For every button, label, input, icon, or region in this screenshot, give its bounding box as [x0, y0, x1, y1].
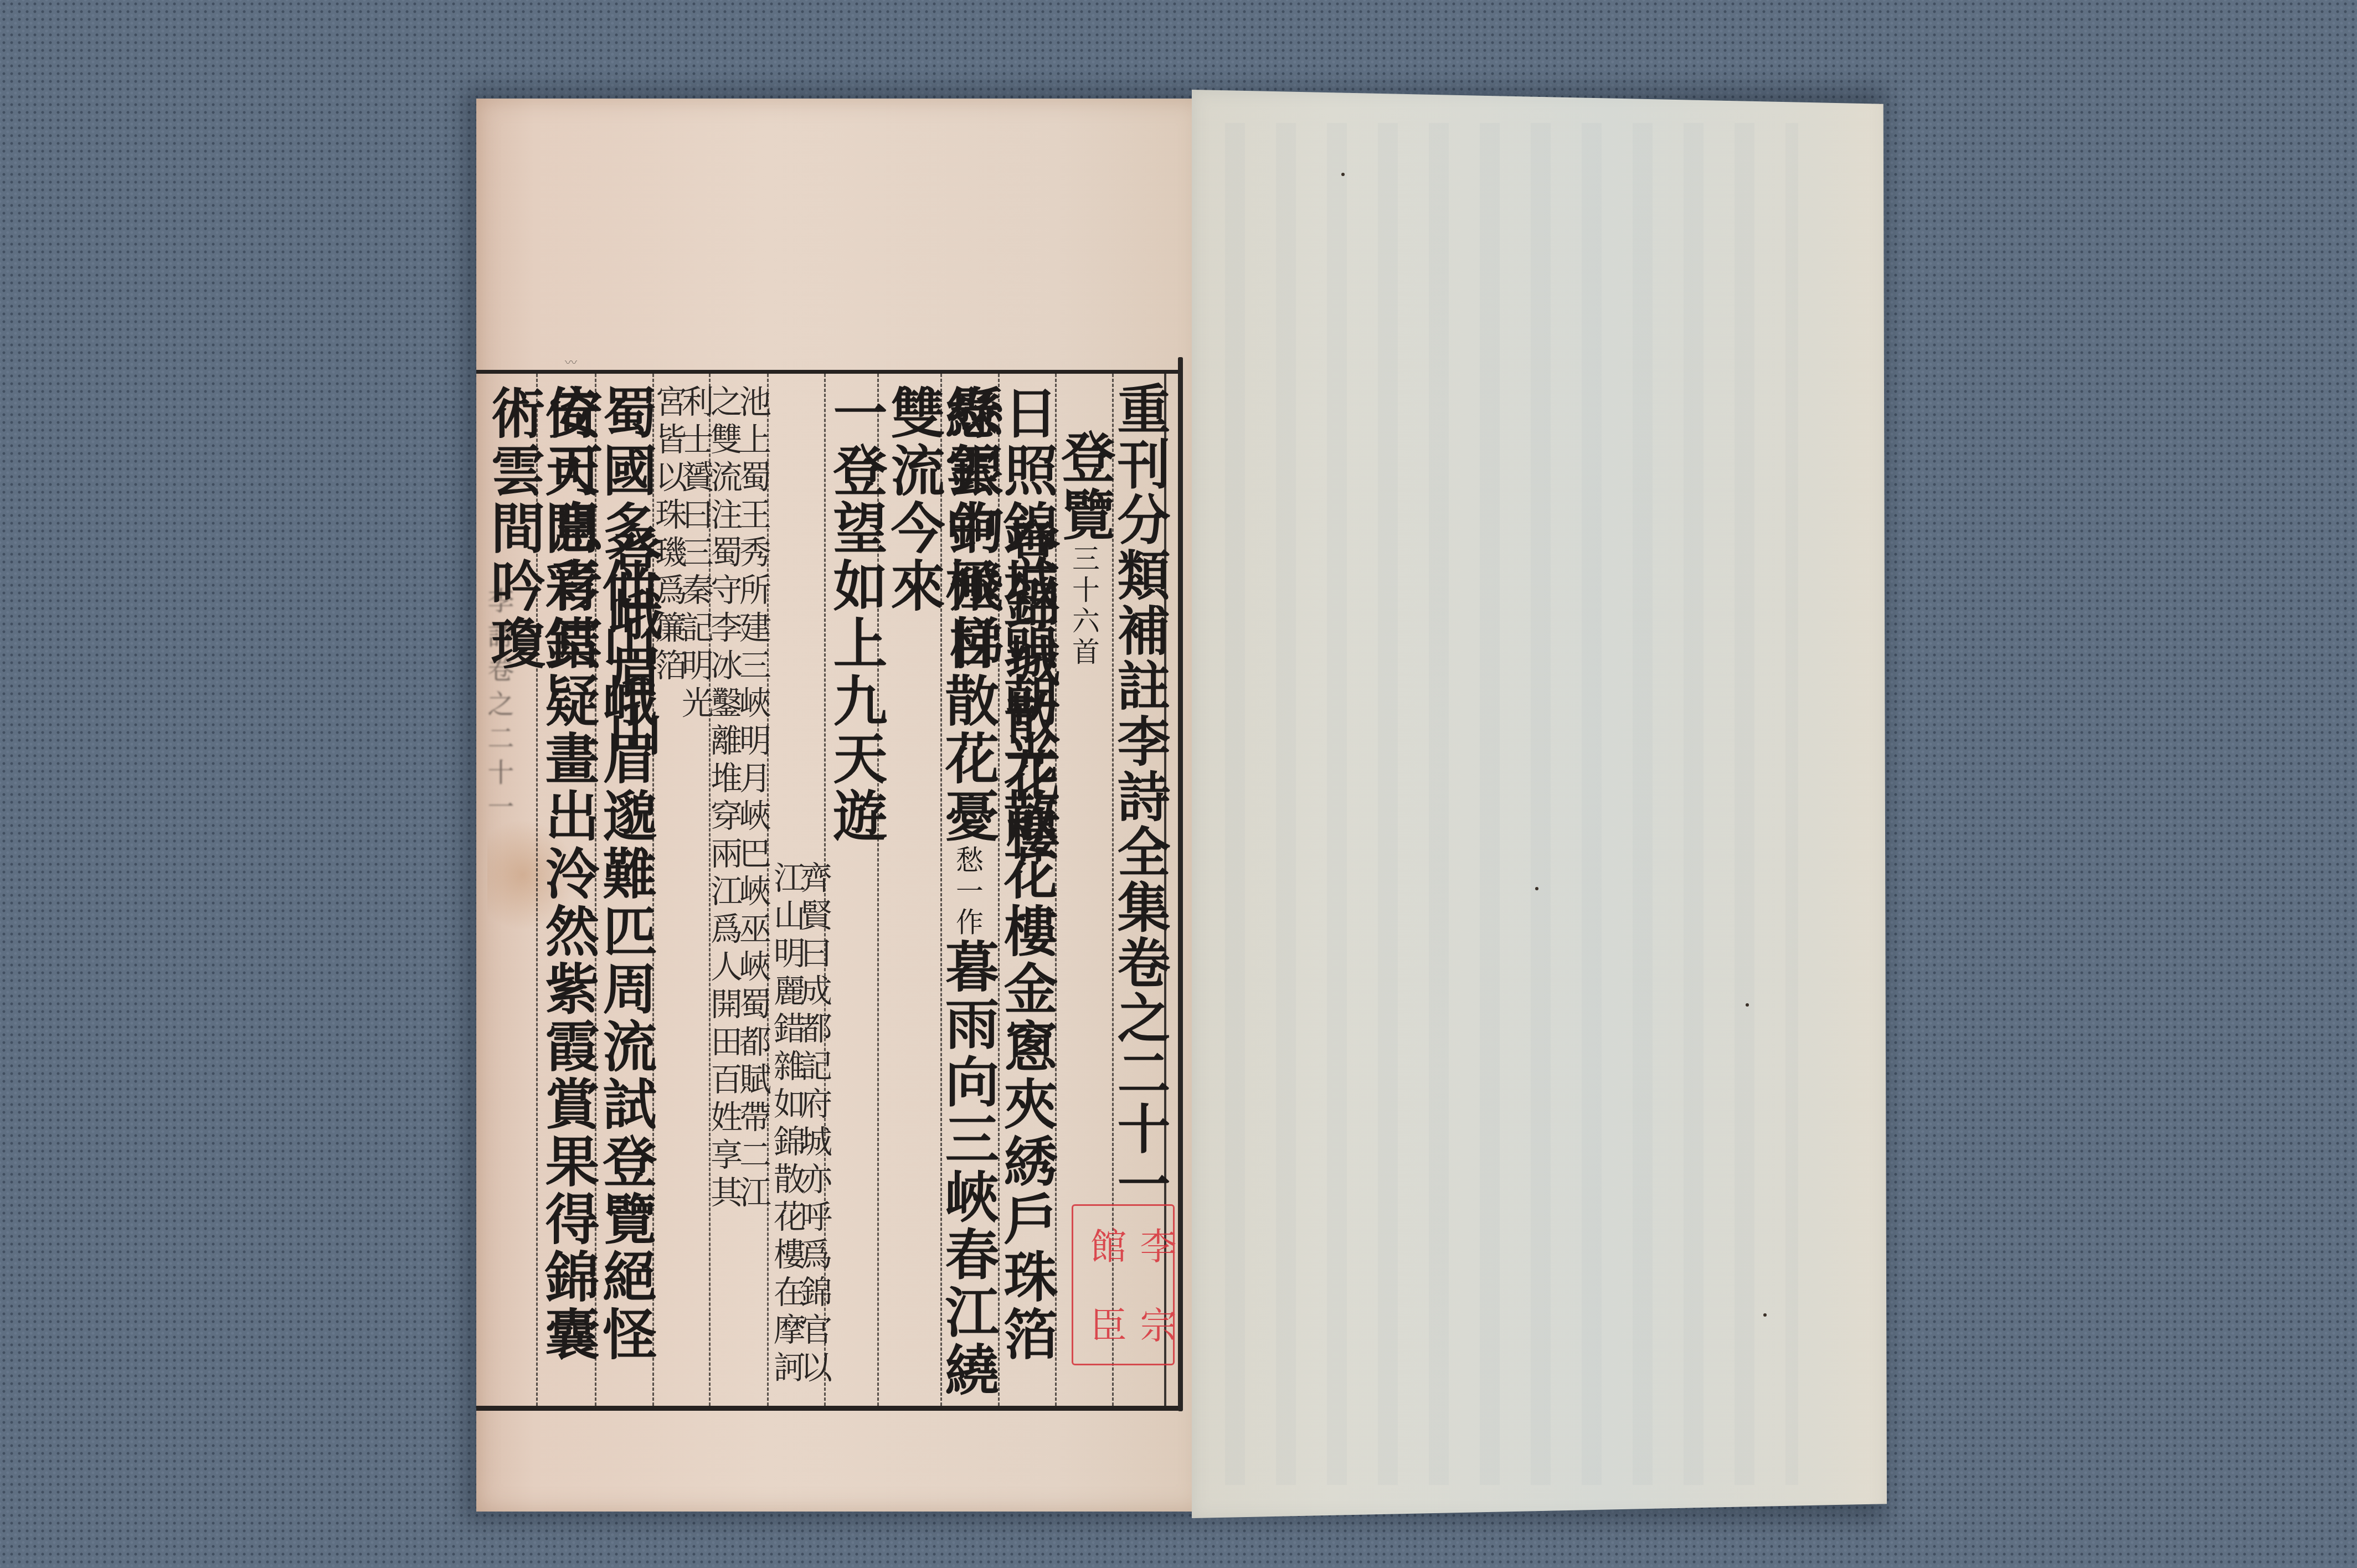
- paper-speck: [1535, 887, 1538, 890]
- seal-char: 臣: [1073, 1306, 1123, 1343]
- section-heading-text: 登覽: [1052, 429, 1116, 544]
- poem-line-text: 綠雲中極目散花憂: [936, 385, 1000, 845]
- poem-line: 綠雲中極目散花憂愁一作暮雨向三峽春江繞雙流今來: [886, 385, 995, 1406]
- seal-char: 宗: [1123, 1306, 1173, 1343]
- section-heading: 登覽三十六首: [1057, 429, 1111, 668]
- poem-line: 倚天開彩錯疑畫出泠然紫霞賞果得錦囊術雲間吟瓊: [486, 385, 595, 1406]
- page-top-mark: 〰: [565, 353, 577, 370]
- variant-note: 愁: [951, 845, 984, 876]
- commentary-line: 江山明麗錯雜如錦散花樓在摩訶: [771, 861, 803, 1388]
- right-page-blank-leaf: [1192, 90, 1887, 1518]
- fold-edge-text: 李詩卷之二十一: [480, 587, 518, 827]
- variant-label: 一作: [951, 876, 984, 938]
- paper-speck: [1341, 173, 1345, 176]
- seal-char: 李: [1123, 1227, 1173, 1263]
- collector-seal: 館 李 臣 宗: [1072, 1204, 1175, 1365]
- volume-title: 重刊分類補註李詩全集卷之二十一: [1113, 381, 1166, 1212]
- frame-outer-border: [1178, 357, 1183, 1411]
- paper-speck: [1746, 1003, 1749, 1007]
- paper-speck: [1763, 1313, 1767, 1317]
- poem-line: 一登望如上九天遊: [828, 385, 883, 845]
- seal-char: 館: [1073, 1227, 1123, 1263]
- section-count: 三十六首: [1068, 544, 1100, 668]
- show-through-texture: [1225, 123, 1798, 1485]
